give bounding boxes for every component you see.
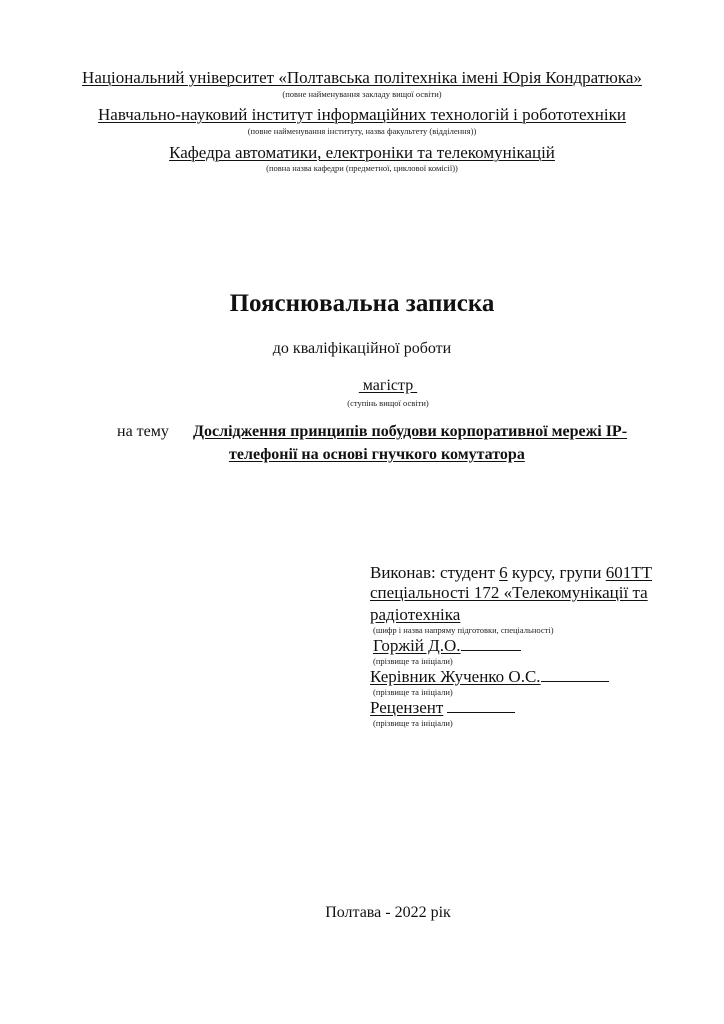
specialty-note: (шифр і назва напряму підготовки, спеціа… <box>373 625 670 636</box>
degree: магістр <box>26 377 724 395</box>
university-name: Національний університет «Полтавська пол… <box>0 68 724 88</box>
degree-note: (ступінь вищої освіти) <box>26 398 724 408</box>
document-title: Пояснювальна записка <box>0 290 724 318</box>
student-name: Горжій Д.О. <box>373 636 461 655</box>
specialty-line-2: радіотехніка <box>370 605 670 625</box>
theme-line-1: Дослідження принципів побудови корпорати… <box>193 423 627 441</box>
city-year: Полтава - 2022 рік <box>26 904 724 922</box>
course-number: 6 <box>499 563 508 582</box>
specialty-line-1: спеціальності 172 «Телекомунікації та <box>370 583 670 603</box>
supervisor-note: (прізвище та ініціали) <box>373 687 670 698</box>
author-block: Виконав: студент 6 курсу, групи 601ТТ сп… <box>370 563 670 729</box>
university-note: (повне найменування закладу вищої освіти… <box>0 89 724 99</box>
student-line: Горжій Д.О. <box>373 636 670 656</box>
institute-name: Навчально-науковий інститут інформаційни… <box>0 105 724 125</box>
group-code: 601ТТ <box>606 563 652 582</box>
course-suffix: курсу, групи <box>508 563 606 582</box>
performed-line: Виконав: студент 6 курсу, групи 601ТТ <box>370 563 670 583</box>
student-signature-blank <box>461 636 521 651</box>
student-note: (прізвище та ініціали) <box>373 656 670 667</box>
department-name: Кафедра автоматики, електроніки та телек… <box>0 143 724 163</box>
reviewer-note: (прізвище та ініціали) <box>373 718 670 729</box>
reviewer-line: Рецензент <box>370 698 670 718</box>
supervisor-signature-blank <box>541 667 609 682</box>
supervisor-line: Керівник Жученко О.С. <box>370 667 670 687</box>
performed-prefix: Виконав: студент <box>370 563 499 582</box>
supervisor-name: Керівник Жученко О.С. <box>370 667 541 686</box>
institute-note: (повне найменування інституту, назва фак… <box>0 126 724 136</box>
reviewer-signature-blank <box>447 698 515 713</box>
department-note: (повна назва кафедри (предметної, циклов… <box>0 163 724 173</box>
document-subtitle: до кваліфікаційної роботи <box>0 340 724 358</box>
reviewer-label: Рецензент <box>370 698 443 717</box>
theme-line-2: телефонії на основі гнучкого комутатора <box>229 446 525 464</box>
theme-label: на тему <box>117 423 169 441</box>
